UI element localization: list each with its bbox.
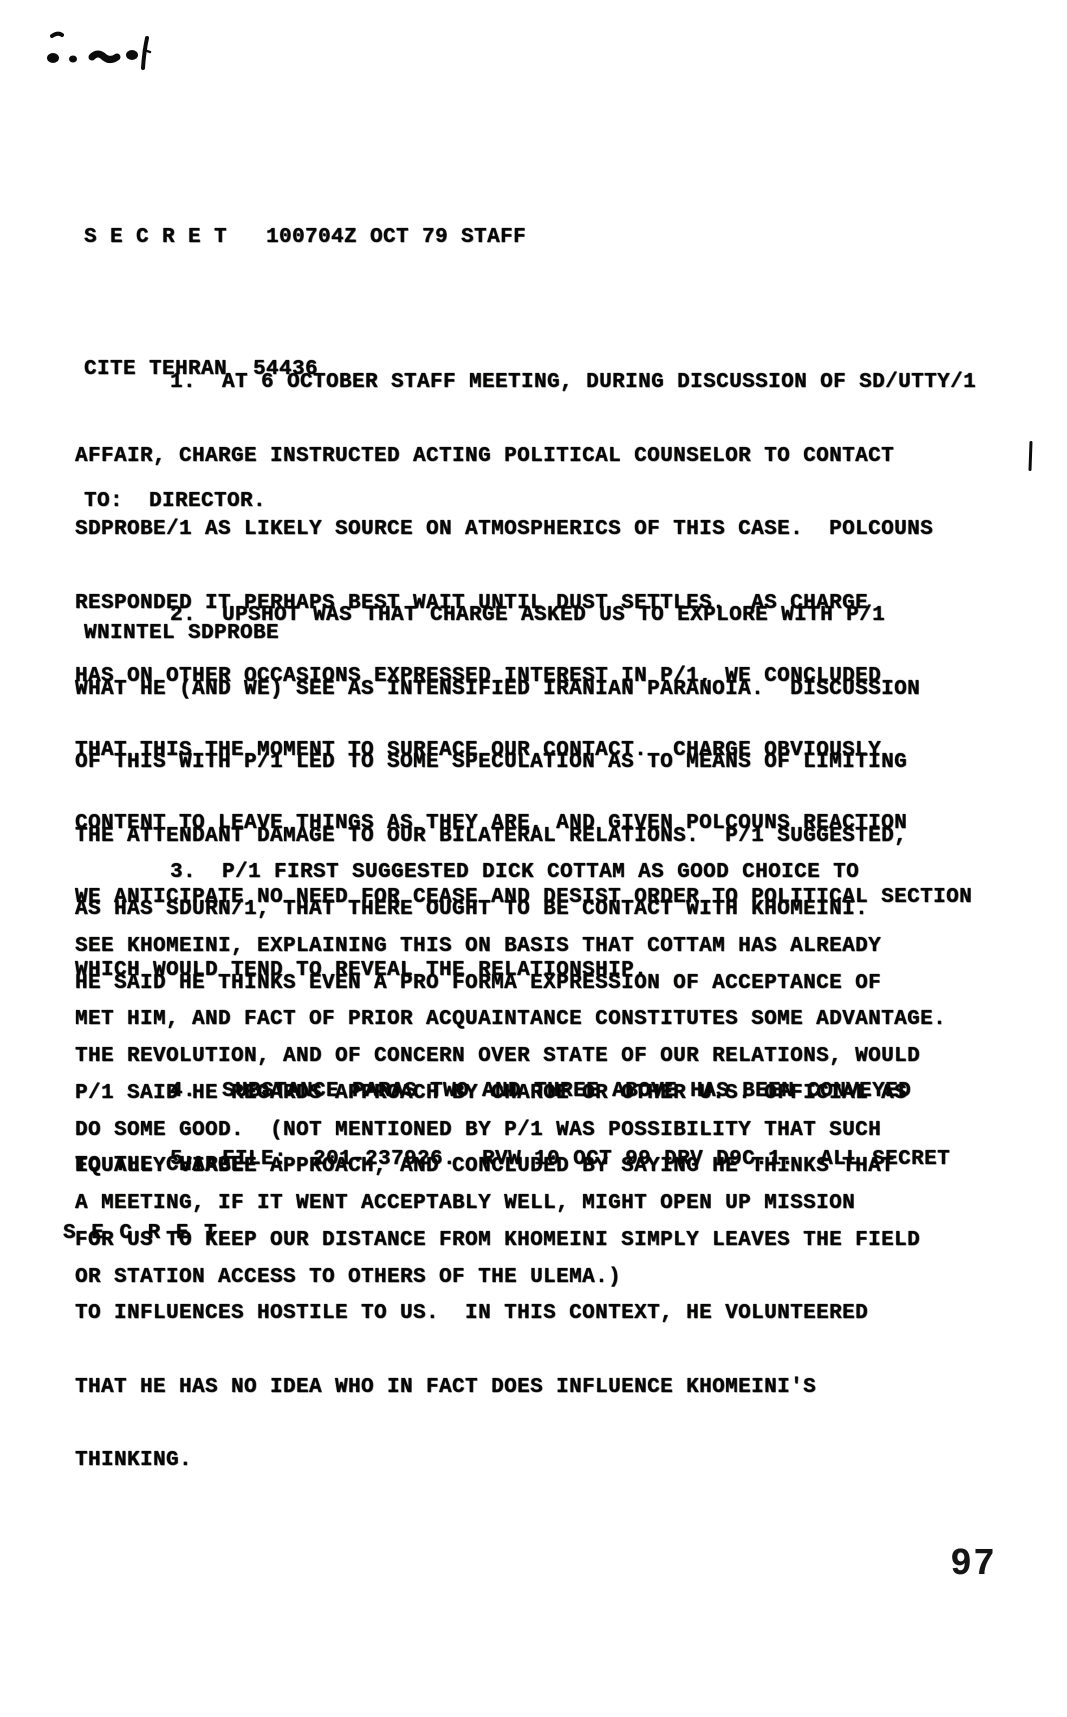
paragraph-line: MET HIM, AND FACT OF PRIOR ACQUAINTANCE … xyxy=(75,1008,946,1033)
paragraph-line: THINKING. xyxy=(75,1449,946,1474)
classification-line: S E C R E T 100704Z OCT 79 STAFF xyxy=(84,216,526,260)
paragraph-line: 1. AT 6 OCTOBER STAFF MEETING, DURING DI… xyxy=(75,371,976,396)
scan-artifact xyxy=(1028,441,1032,471)
paragraph-line: OF THIS WITH P/1 LED TO SOME SPECULATION… xyxy=(75,751,920,776)
paragraph-line: 3. P/1 FIRST SUGGESTED DICK COTTAM AS GO… xyxy=(75,861,946,886)
paragraph-line: 5. FILE: 201-237926. RVW 10 OCT 99 DRV D… xyxy=(75,1148,950,1173)
paragraph-line: SEE KHOMEINI, EXPLAINING THIS ON BASIS T… xyxy=(75,935,946,960)
scanned-cable-page: S E C R E T 100704Z OCT 79 STAFF CITE TE… xyxy=(0,0,1067,1717)
closing-classification: S E C R E T xyxy=(63,1222,950,1247)
handwritten-mark xyxy=(40,28,160,80)
paragraph-line: AFFAIR, CHARGE INSTRUCTED ACTING POLITIC… xyxy=(75,445,976,470)
paragraph-line: TO INFLUENCES HOSTILE TO US. IN THIS CON… xyxy=(75,1302,946,1327)
paragraph-line: WHAT HE (AND WE) SEE AS INTENSIFIED IRAN… xyxy=(75,678,920,703)
paragraph-line: SDPROBE/1 AS LIKELY SOURCE ON ATMOSPHERI… xyxy=(75,518,976,543)
paragraph-line: THAT HE HAS NO IDEA WHO IN FACT DOES INF… xyxy=(75,1376,946,1401)
paragraph-5: 5. FILE: 201-237926. RVW 10 OCT 99 DRV D… xyxy=(75,1099,950,1295)
page-number: 97 xyxy=(951,1541,997,1583)
paragraph-line: 2. UPSHOT WAS THAT CHARGE ASKED US TO EX… xyxy=(75,604,920,629)
